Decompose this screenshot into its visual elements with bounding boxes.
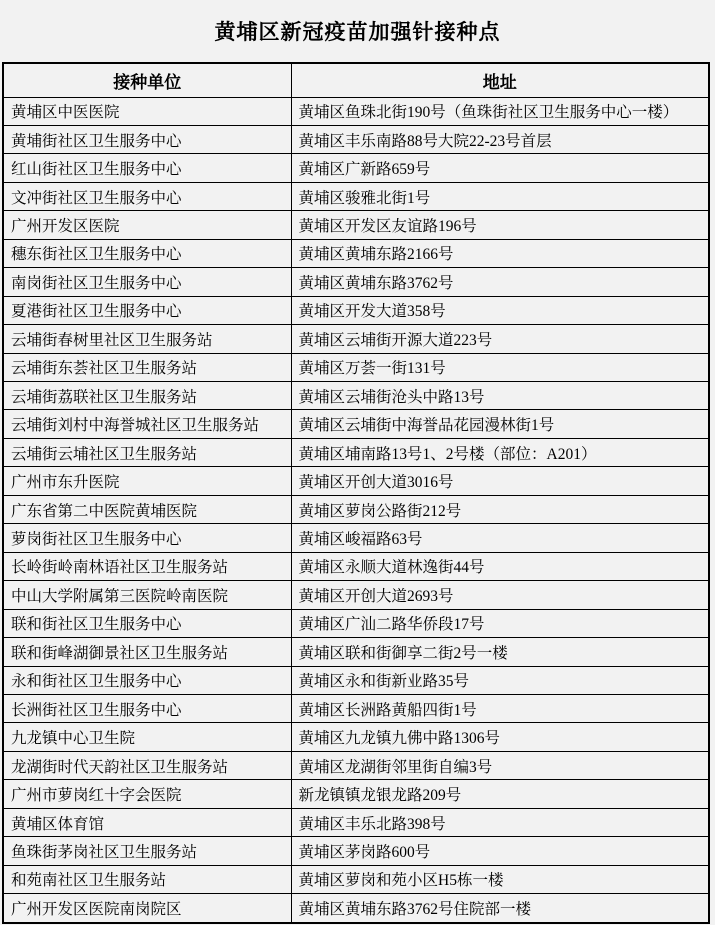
address-cell: 黄埔区丰乐南路88号大院22-23号首层: [291, 125, 709, 153]
address-cell: 黄埔区开发区友谊路196号: [291, 211, 709, 239]
unit-cell: 广州开发区医院南岗院区: [3, 894, 291, 923]
table-row: 中山大学附属第三医院岭南医院黄埔区开创大道2693号: [3, 581, 709, 609]
address-cell: 黄埔区广新路659号: [291, 154, 709, 182]
table-row: 联和街峰湖御景社区卫生服务站黄埔区联和街御享二街2号一楼: [3, 638, 709, 666]
unit-cell: 龙湖街时代天韵社区卫生服务站: [3, 751, 291, 779]
address-cell: 黄埔区鱼珠北街190号（鱼珠街社区卫生服务中心一楼）: [291, 97, 709, 125]
table-row: 联和街社区卫生服务中心黄埔区广汕二路华侨段17号: [3, 609, 709, 637]
title-bar: 黄埔区新冠疫苗加强针接种点: [0, 0, 715, 62]
address-cell: 黄埔区永顺大道林逸街44号: [291, 552, 709, 580]
address-cell: 黄埔区永和街新业路35号: [291, 666, 709, 694]
table-header: 接种单位 地址: [3, 63, 709, 97]
unit-cell: 联和街社区卫生服务中心: [3, 609, 291, 637]
unit-cell: 穗东街社区卫生服务中心: [3, 239, 291, 267]
table-row: 黄埔区中医医院黄埔区鱼珠北街190号（鱼珠街社区卫生服务中心一楼）: [3, 97, 709, 125]
address-cell: 黄埔区黄埔东路2166号: [291, 239, 709, 267]
unit-cell: 广州市萝岗红十字会医院: [3, 780, 291, 808]
address-cell: 黄埔区云埔街中海誉品花园漫林街1号: [291, 410, 709, 438]
table-row: 永和街社区卫生服务中心黄埔区永和街新业路35号: [3, 666, 709, 694]
table-row: 广州开发区医院南岗院区黄埔区黄埔东路3762号住院部一楼: [3, 894, 709, 923]
table-row: 云埔街春树里社区卫生服务站黄埔区云埔街开源大道223号: [3, 325, 709, 353]
address-cell: 黄埔区茅岗路600号: [291, 837, 709, 865]
header-address: 地址: [291, 63, 709, 97]
address-cell: 黄埔区云埔街沧头中路13号: [291, 382, 709, 410]
table-row: 红山街社区卫生服务中心黄埔区广新路659号: [3, 154, 709, 182]
unit-cell: 萝岗街社区卫生服务中心: [3, 524, 291, 552]
unit-cell: 黄埔区体育馆: [3, 808, 291, 836]
address-cell: 黄埔区峻福路63号: [291, 524, 709, 552]
address-cell: 黄埔区开发大道358号: [291, 296, 709, 324]
unit-cell: 中山大学附属第三医院岭南医院: [3, 581, 291, 609]
address-cell: 黄埔区埔南路13号1、2号楼（部位：A201）: [291, 438, 709, 466]
address-cell: 黄埔区丰乐北路398号: [291, 808, 709, 836]
unit-cell: 黄埔街社区卫生服务中心: [3, 125, 291, 153]
unit-cell: 永和街社区卫生服务中心: [3, 666, 291, 694]
table-row: 南岗街社区卫生服务中心黄埔区黄埔东路3762号: [3, 268, 709, 296]
table-row: 云埔街东荟社区卫生服务站黄埔区万荟一街131号: [3, 353, 709, 381]
address-cell: 新龙镇镇龙银龙路209号: [291, 780, 709, 808]
table-row: 云埔街云埔社区卫生服务站黄埔区埔南路13号1、2号楼（部位：A201）: [3, 438, 709, 466]
header-unit: 接种单位: [3, 63, 291, 97]
table-row: 长岭街岭南林语社区卫生服务站黄埔区永顺大道林逸街44号: [3, 552, 709, 580]
table-row: 长洲街社区卫生服务中心黄埔区长洲路黄船四街1号: [3, 695, 709, 723]
address-cell: 黄埔区万荟一街131号: [291, 353, 709, 381]
table-row: 云埔街刘村中海誉城社区卫生服务站黄埔区云埔街中海誉品花园漫林街1号: [3, 410, 709, 438]
address-cell: 黄埔区长洲路黄船四街1号: [291, 695, 709, 723]
table-row: 和苑南社区卫生服务站黄埔区萝岗和苑小区H5栋一楼: [3, 865, 709, 893]
unit-cell: 文冲街社区卫生服务中心: [3, 182, 291, 210]
unit-cell: 夏港街社区卫生服务中心: [3, 296, 291, 324]
unit-cell: 广东省第二中医院黄埔医院: [3, 495, 291, 523]
table-row: 夏港街社区卫生服务中心黄埔区开发大道358号: [3, 296, 709, 324]
address-cell: 黄埔区黄埔东路3762号住院部一楼: [291, 894, 709, 923]
address-cell: 黄埔区联和街御享二街2号一楼: [291, 638, 709, 666]
table-row: 穗东街社区卫生服务中心黄埔区黄埔东路2166号: [3, 239, 709, 267]
address-cell: 黄埔区云埔街开源大道223号: [291, 325, 709, 353]
vaccination-sites-table: 接种单位 地址 黄埔区中医医院黄埔区鱼珠北街190号（鱼珠街社区卫生服务中心一楼…: [2, 62, 710, 924]
unit-cell: 云埔街东荟社区卫生服务站: [3, 353, 291, 381]
address-cell: 黄埔区九龙镇九佛中路1306号: [291, 723, 709, 751]
unit-cell: 长洲街社区卫生服务中心: [3, 695, 291, 723]
address-cell: 黄埔区开创大道2693号: [291, 581, 709, 609]
unit-cell: 和苑南社区卫生服务站: [3, 865, 291, 893]
table-row: 萝岗街社区卫生服务中心黄埔区峻福路63号: [3, 524, 709, 552]
page-title: 黄埔区新冠疫苗加强针接种点: [215, 16, 501, 46]
unit-cell: 南岗街社区卫生服务中心: [3, 268, 291, 296]
address-cell: 黄埔区黄埔东路3762号: [291, 268, 709, 296]
unit-cell: 云埔街云埔社区卫生服务站: [3, 438, 291, 466]
unit-cell: 鱼珠街茅岗社区卫生服务站: [3, 837, 291, 865]
unit-cell: 云埔街春树里社区卫生服务站: [3, 325, 291, 353]
address-cell: 黄埔区龙湖街邻里街自编3号: [291, 751, 709, 779]
unit-cell: 长岭街岭南林语社区卫生服务站: [3, 552, 291, 580]
unit-cell: 广州开发区医院: [3, 211, 291, 239]
unit-cell: 联和街峰湖御景社区卫生服务站: [3, 638, 291, 666]
unit-cell: 云埔街荔联社区卫生服务站: [3, 382, 291, 410]
unit-cell: 红山街社区卫生服务中心: [3, 154, 291, 182]
table-row: 黄埔街社区卫生服务中心黄埔区丰乐南路88号大院22-23号首层: [3, 125, 709, 153]
table-body: 黄埔区中医医院黄埔区鱼珠北街190号（鱼珠街社区卫生服务中心一楼）黄埔街社区卫生…: [3, 97, 709, 923]
address-cell: 黄埔区广汕二路华侨段17号: [291, 609, 709, 637]
unit-cell: 云埔街刘村中海誉城社区卫生服务站: [3, 410, 291, 438]
header-row: 接种单位 地址: [3, 63, 709, 97]
document-page: 黄埔区新冠疫苗加强针接种点 接种单位 地址 黄埔区中医医院黄埔区鱼珠北街190号…: [0, 0, 715, 925]
address-cell: 黄埔区开创大道3016号: [291, 467, 709, 495]
table-row: 广东省第二中医院黄埔医院黄埔区萝岗公路街212号: [3, 495, 709, 523]
unit-cell: 广州市东升医院: [3, 467, 291, 495]
table-row: 云埔街荔联社区卫生服务站黄埔区云埔街沧头中路13号: [3, 382, 709, 410]
table-row: 鱼珠街茅岗社区卫生服务站黄埔区茅岗路600号: [3, 837, 709, 865]
table-row: 广州市萝岗红十字会医院新龙镇镇龙银龙路209号: [3, 780, 709, 808]
address-cell: 黄埔区萝岗和苑小区H5栋一楼: [291, 865, 709, 893]
table-row: 黄埔区体育馆黄埔区丰乐北路398号: [3, 808, 709, 836]
table-row: 广州市东升医院黄埔区开创大道3016号: [3, 467, 709, 495]
table-row: 广州开发区医院黄埔区开发区友谊路196号: [3, 211, 709, 239]
unit-cell: 九龙镇中心卫生院: [3, 723, 291, 751]
table-row: 九龙镇中心卫生院黄埔区九龙镇九佛中路1306号: [3, 723, 709, 751]
table-row: 龙湖街时代天韵社区卫生服务站黄埔区龙湖街邻里街自编3号: [3, 751, 709, 779]
unit-cell: 黄埔区中医医院: [3, 97, 291, 125]
address-cell: 黄埔区骏雅北街1号: [291, 182, 709, 210]
table-row: 文冲街社区卫生服务中心黄埔区骏雅北街1号: [3, 182, 709, 210]
address-cell: 黄埔区萝岗公路街212号: [291, 495, 709, 523]
